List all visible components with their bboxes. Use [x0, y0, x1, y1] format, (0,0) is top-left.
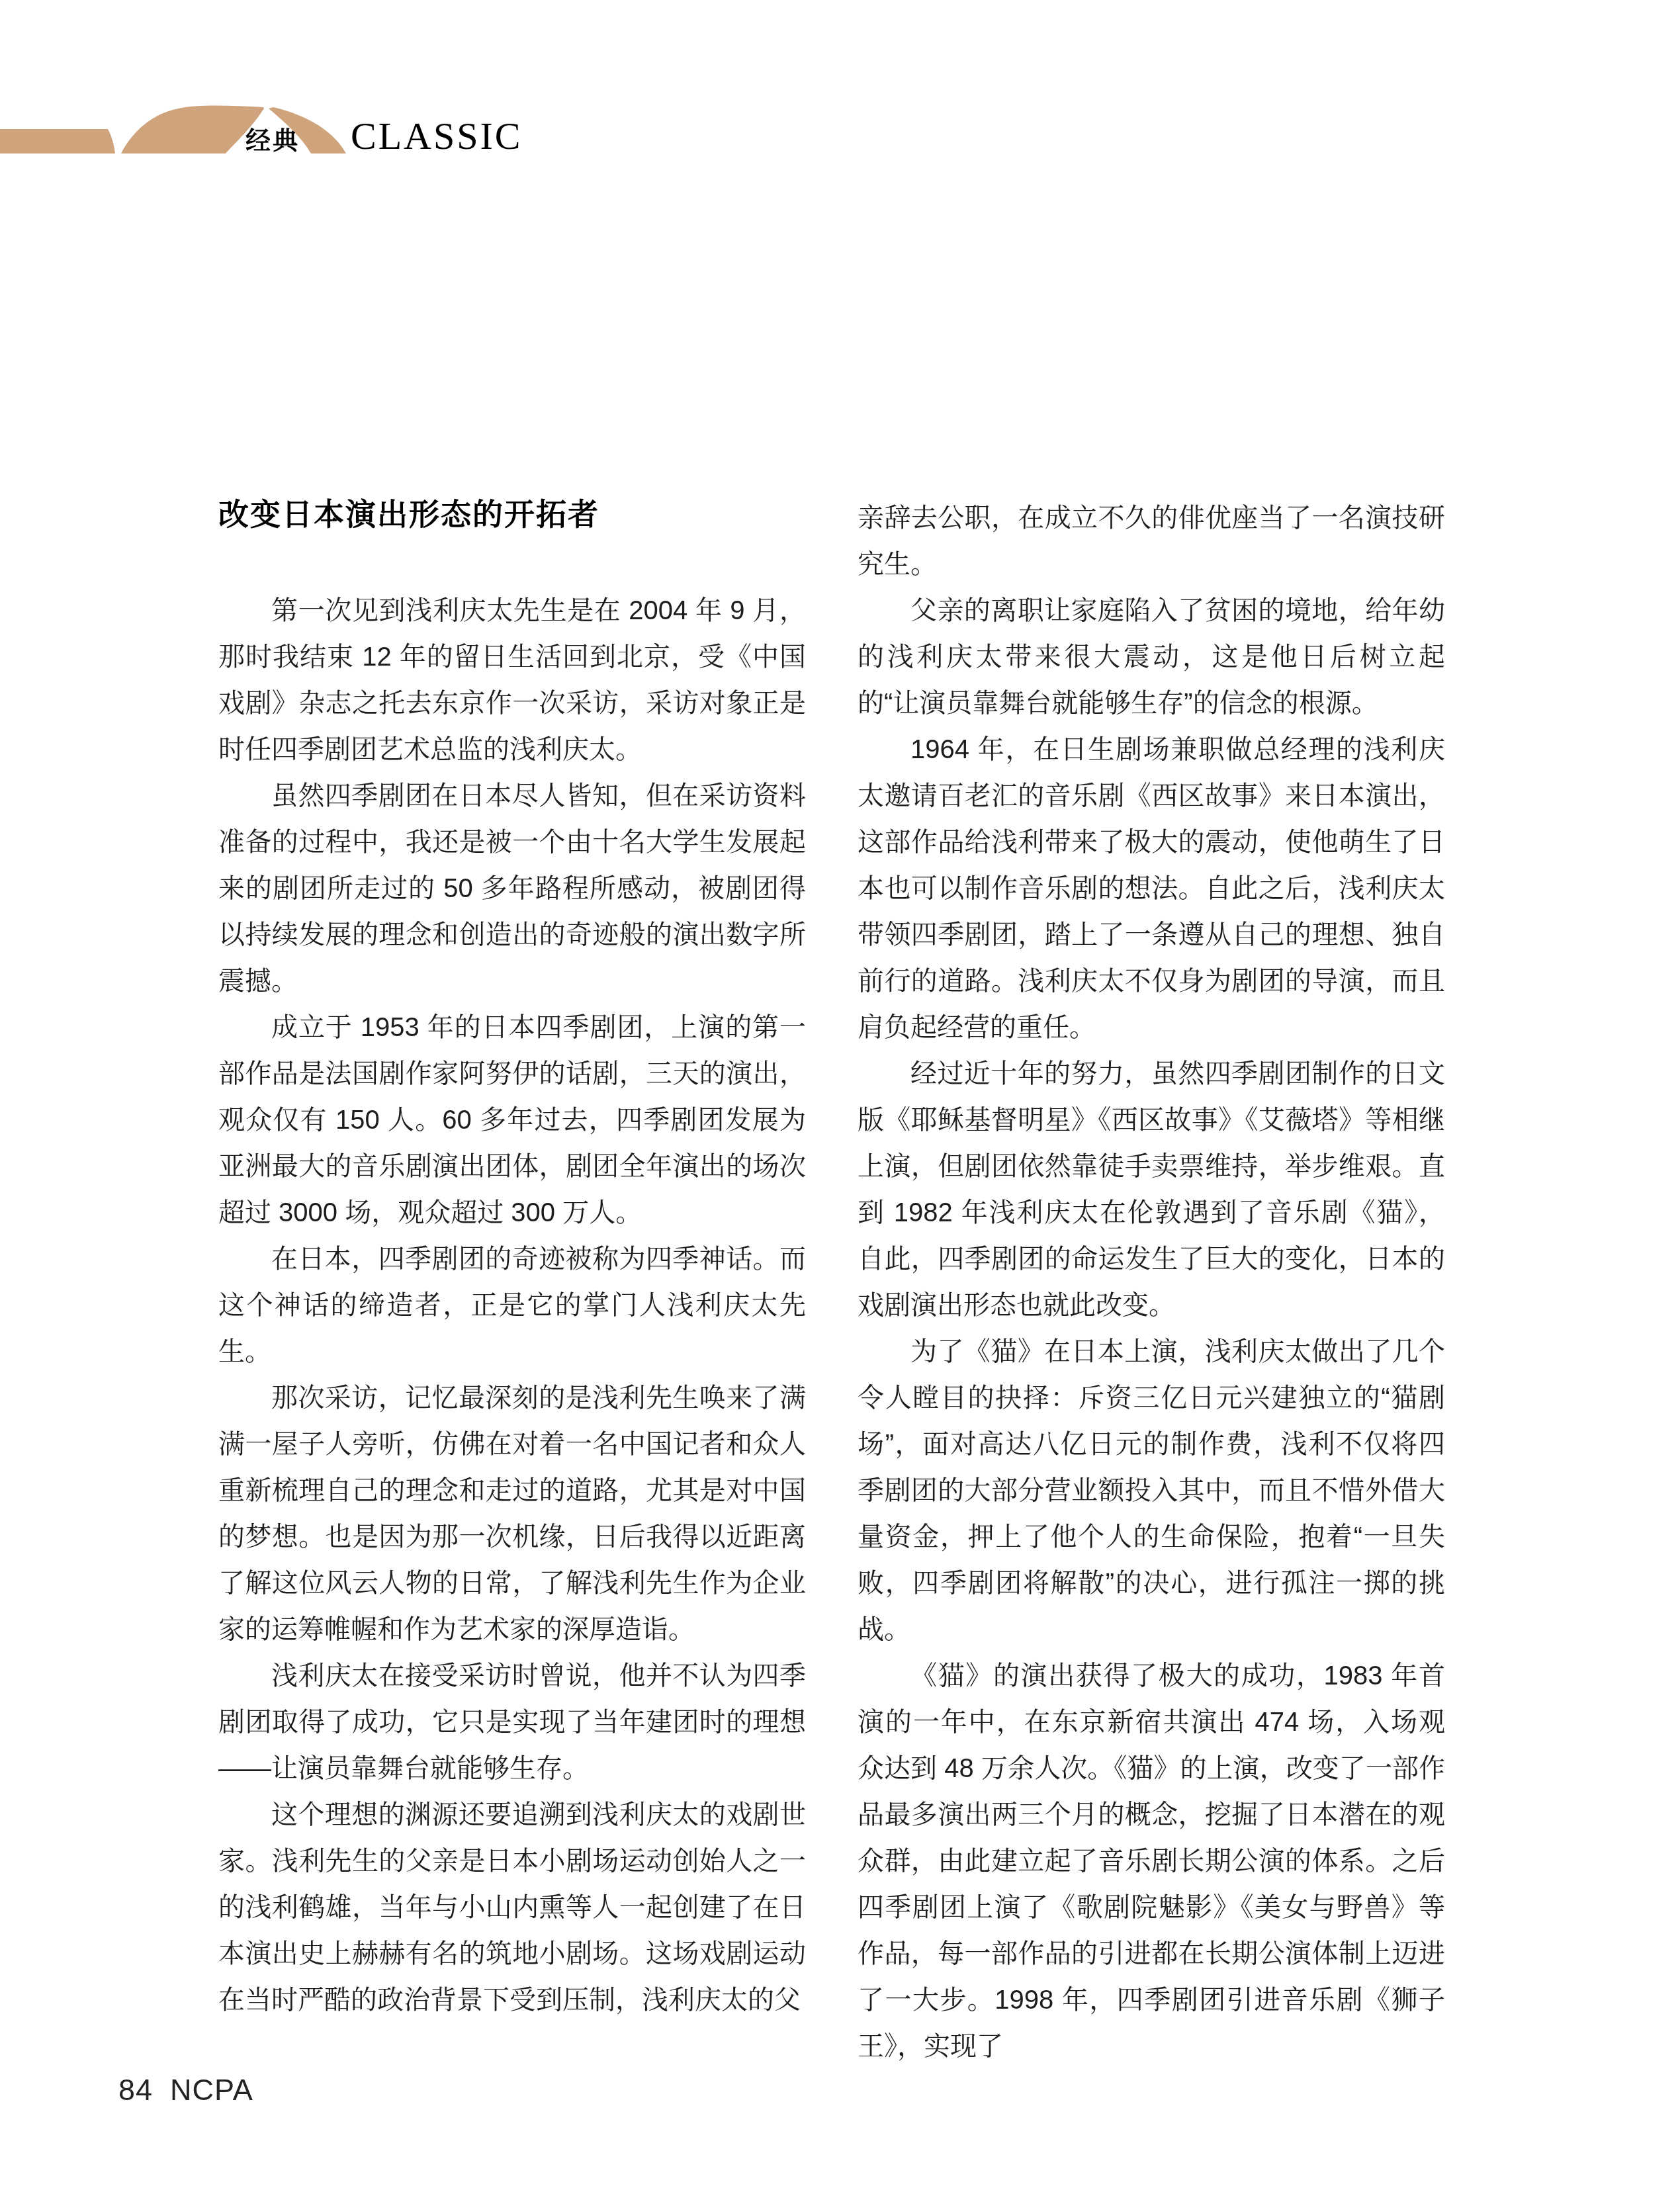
magazine-page: 经典 CLASSIC 改变日本演出形态的开拓者 第一次见到浅利庆太先生是在 20…	[0, 0, 1680, 2188]
paragraph: 第一次见到浅利庆太先生是在 2004 年 9 月，那时我结束 12 年的留日生活…	[218, 588, 806, 773]
article-left-column: 第一次见到浅利庆太先生是在 2004 年 9 月，那时我结束 12 年的留日生活…	[218, 588, 806, 2023]
article-heading: 改变日本演出形态的开拓者	[218, 498, 599, 531]
paragraph: 1964 年，在日生剧场兼职做总经理的浅利庆太邀请百老汇的音乐剧《西区故事》来日…	[858, 726, 1445, 1051]
paragraph: 成立于 1953 年的日本四季剧团，上演的第一部作品是法国剧作家阿努伊的话剧，三…	[218, 1004, 806, 1236]
article-right-column: 亲辞去公职，在成立不久的俳优座当了一名演技研究生。父亲的离职让家庭陷入了贫困的境…	[858, 495, 1445, 2070]
paragraph: 浅利庆太在接受采访时曾说，他并不认为四季剧团取得了成功，它只是实现了当年建团时的…	[218, 1653, 806, 1792]
paragraph: 这个理想的渊源还要追溯到浅利庆太的戏剧世家。浅利先生的父亲是日本小剧场运动创始人…	[218, 1792, 806, 2023]
section-title-english: CLASSIC	[351, 117, 523, 155]
paragraph: 父亲的离职让家庭陷入了贫困的境地，给年幼的浅利庆太带来很大震动，这是他日后树立起…	[858, 588, 1445, 726]
section-title-chinese: 经典	[245, 128, 300, 154]
paragraph: 《猫》的演出获得了极大的成功，1983 年首演的一年中，在东京新宿共演出 474…	[858, 1653, 1445, 2070]
paragraph: 亲辞去公职，在成立不久的俳优座当了一名演技研究生。	[858, 495, 1445, 588]
page-number: 84	[118, 2073, 153, 2107]
paragraph: 虽然四季剧团在日本尽人皆知，但在采访资料准备的过程中，我还是被一个由十名大学生发…	[218, 773, 806, 1004]
page-footer: 84NCPA	[118, 2074, 253, 2107]
publication-brand: NCPA	[170, 2073, 253, 2107]
paragraph: 那次采访，记忆最深刻的是浅利先生唤来了满满一屋子人旁听，仿佛在对着一名中国记者和…	[218, 1375, 806, 1653]
paragraph: 在日本，四季剧团的奇迹被称为四季神话。而这个神话的缔造者，正是它的掌门人浅利庆太…	[218, 1236, 806, 1375]
paragraph: 为了《猫》在日本上演，浅利庆太做出了几个令人瞠目的抉择：斥资三亿日元兴建独立的“…	[858, 1329, 1445, 1653]
header-bar-shape	[0, 129, 115, 153]
header-hill-shape	[121, 106, 264, 153]
paragraph: 经过近十年的努力，虽然四季剧团制作的日文版《耶稣基督明星》《西区故事》《艾薇塔》…	[858, 1051, 1445, 1329]
